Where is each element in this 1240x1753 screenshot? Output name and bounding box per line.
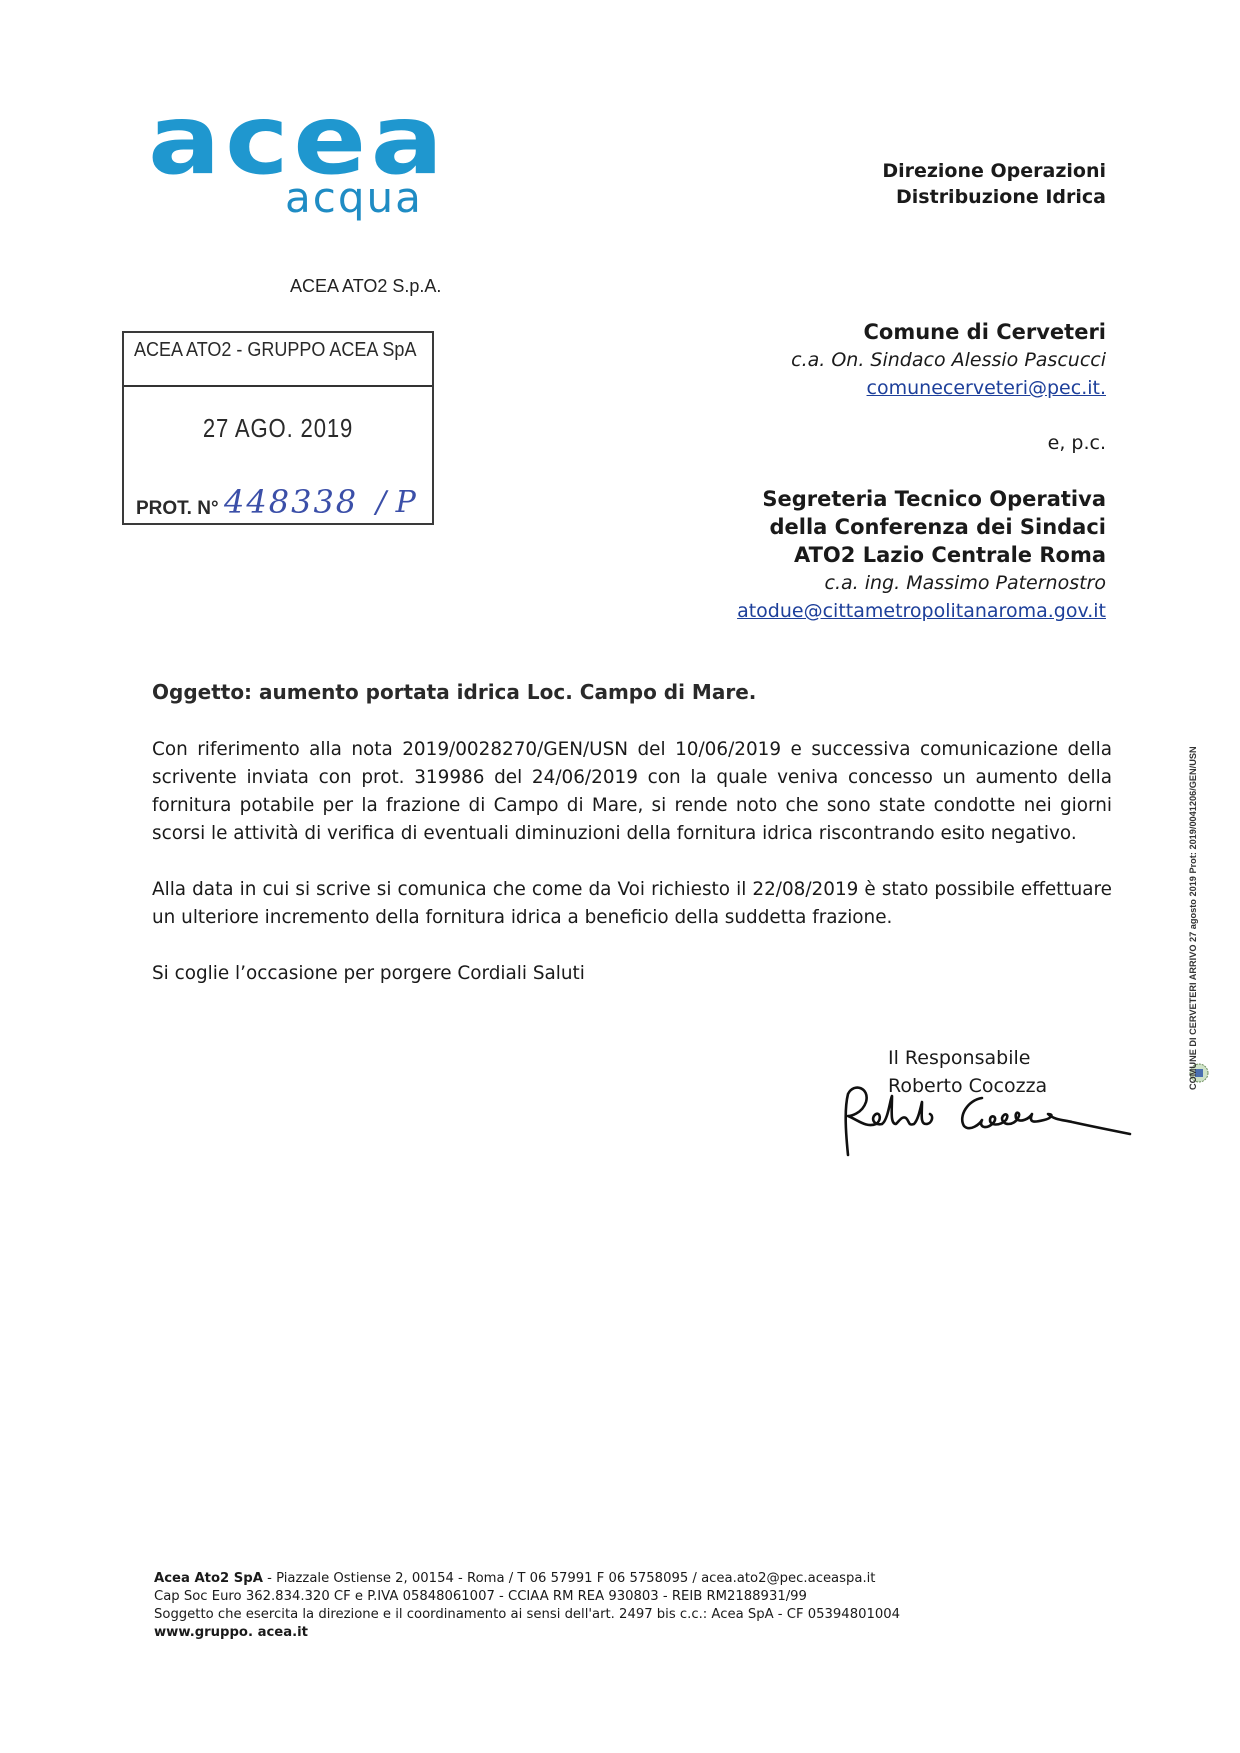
recipient-primary-email-link[interactable]: comunecerveteri@pec.it. <box>867 377 1106 399</box>
stamp-protocol-label: PROT. N° <box>136 498 219 520</box>
stamp-protocol-number: 448338 <box>224 483 358 521</box>
acqua-logo-subtitle: acqua <box>285 176 423 220</box>
recipient-primary-attention: c.a. On. Sindaco Alessio Pascucci <box>791 346 1106 374</box>
stamp-protocol-suffix: / P <box>376 485 416 520</box>
footer-company: Acea Ato2 SpA <box>154 1571 263 1586</box>
footer-line-3: Soggetto che esercita la direzione e il … <box>154 1606 900 1624</box>
footer-website-link[interactable]: www.gruppo. acea.it <box>154 1624 900 1642</box>
company-name: ACEA ATO2 S.p.A. <box>290 276 441 297</box>
recipient-primary: Comune di Cerveteri c.a. On. Sindaco Ale… <box>791 318 1106 403</box>
department-line-2: Distribuzione Idrica <box>882 184 1106 210</box>
recipient-cc: Segreteria Tecnico Operativa della Confe… <box>737 485 1106 626</box>
footer-address-contacts: - Piazzale Ostiense 2, 00154 - Roma / T … <box>263 1571 876 1586</box>
recipient-primary-name: Comune di Cerveteri <box>791 318 1106 346</box>
cc-label: e, p.c. <box>1048 432 1106 454</box>
department-header: Direzione Operazioni Distribuzione Idric… <box>882 158 1106 210</box>
letter-subject: Oggetto: aumento portata idrica Loc. Cam… <box>152 680 756 704</box>
handwritten-signature <box>840 1080 1140 1160</box>
recipient-cc-line-3: ATO2 Lazio Centrale Roma <box>737 541 1106 569</box>
footer-line-2: Cap Soc Euro 362.834.320 CF e P.IVA 0584… <box>154 1588 900 1606</box>
department-line-1: Direzione Operazioni <box>882 158 1106 184</box>
stamp-date: 27 AGO. 2019 <box>147 413 409 444</box>
letter-paragraph-2: Alla data in cui si scrive si comunica c… <box>152 876 1112 932</box>
arrival-protocol-stamp: COMUNE DI CERVETERI ARRIVO 27 agosto 201… <box>1188 746 1198 1090</box>
recipient-cc-attention: c.a. ing. Massimo Paternostro <box>737 569 1106 597</box>
stamp-divider <box>124 385 432 387</box>
protocol-stamp: ACEA ATO2 - GRUPPO ACEA SpA 27 AGO. 2019… <box>122 331 434 525</box>
letter-closing: Si coglie l’occasione per porgere Cordia… <box>152 960 1112 988</box>
recipient-cc-email-link[interactable]: atodue@cittametropolitanaroma.gov.it <box>737 600 1106 622</box>
footer-line-1: Acea Ato2 SpA - Piazzale Ostiense 2, 001… <box>154 1570 900 1588</box>
signature-role: Il Responsabile <box>888 1044 1047 1072</box>
recipient-cc-line-1: Segreteria Tecnico Operativa <box>737 485 1106 513</box>
letter-paragraph-1: Con riferimento alla nota 2019/0028270/G… <box>152 736 1112 848</box>
footer: Acea Ato2 SpA - Piazzale Ostiense 2, 001… <box>154 1570 900 1642</box>
stamp-title: ACEA ATO2 - GRUPPO ACEA SpA <box>134 339 416 362</box>
recipient-cc-line-2: della Conferenza dei Sindaci <box>737 513 1106 541</box>
